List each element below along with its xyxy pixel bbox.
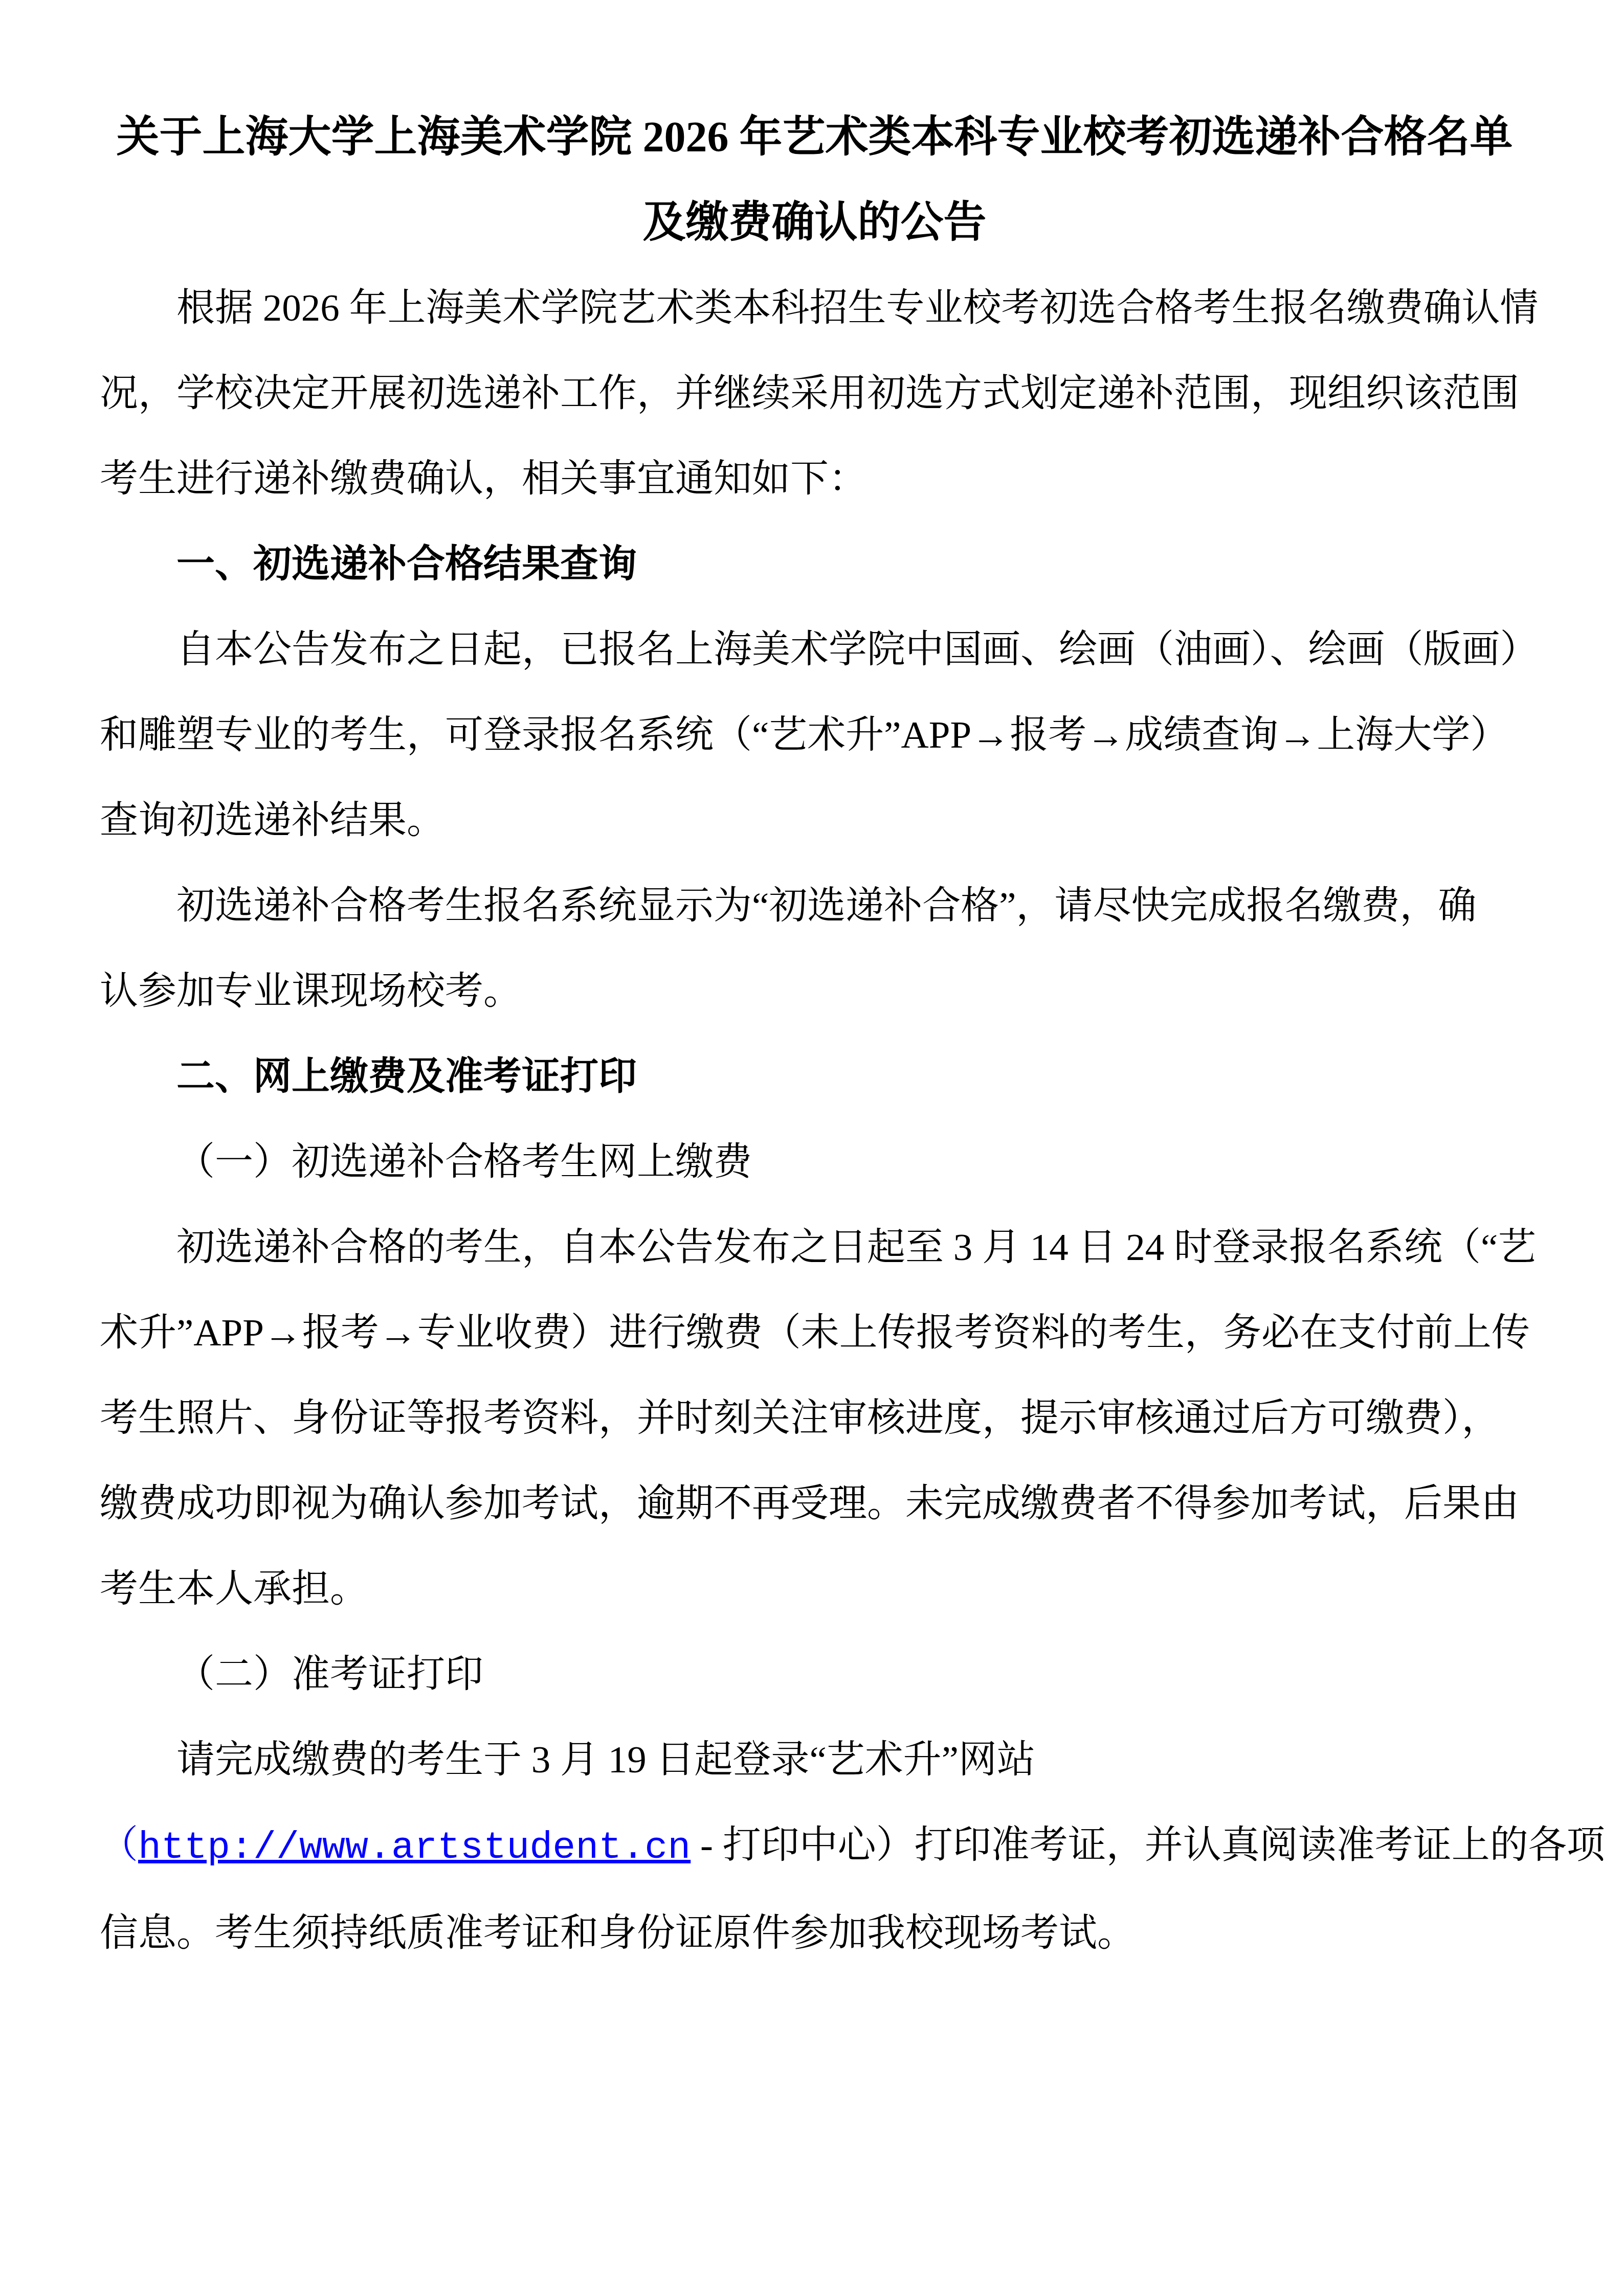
link-line-rest-text: - 打印中心）打印准考证，并认真阅读准考证上的各项: [691, 1824, 1605, 1866]
section2-heading: 二、网上缴费及准考证打印: [100, 1034, 1529, 1119]
intro-paragraph-line-3: 考生进行递补缴费确认，相关事宜通知如下：: [100, 436, 1529, 522]
section2-paragraph2-link-line: （http://www.artstudent.cn - 打印中心）打印准考证，并…: [100, 1803, 1529, 1890]
intro-paragraph-line-1: 根据 2026 年上海美术学院艺术类本科招生专业校考初选合格考生报名缴费确认情: [100, 265, 1529, 351]
section1-paragraph2-line-1: 初选递补合格考生报名系统显示为“初选递补合格”，请尽快完成报名缴费，确: [100, 863, 1529, 949]
section2-paragraph1-line-5: 考生本人承担。: [100, 1546, 1529, 1632]
section1-paragraph2-line-2: 认参加专业课现场校考。: [100, 949, 1529, 1034]
section1-paragraph1-line-1: 自本公告发布之日起，已报名上海美术学院中国画、绘画（油画）、绘画（版画）: [100, 607, 1529, 692]
section2-paragraph2-line-1: 请完成缴费的考生于 3 月 19 日起登录“艺术升”网站: [100, 1717, 1529, 1803]
link-open-paren: （: [100, 1824, 138, 1866]
section1-heading: 一、初选递补合格结果查询: [100, 522, 1529, 607]
section2-paragraph2-line-3: 信息。考生须持纸质准考证和身份证原件参加我校现场考试。: [100, 1890, 1529, 1976]
section1-paragraph1-line-2: 和雕塑专业的考生，可登录报名系统（“艺术升”APP→报考→成绩查询→上海大学）: [100, 692, 1529, 778]
intro-paragraph-line-2: 况，学校决定开展初选递补工作，并继续采用初选方式划定递补范围，现组织该范围: [100, 351, 1529, 436]
section2-subheading-2: （二）准考证打印: [100, 1632, 1529, 1717]
section2-paragraph1-line-4: 缴费成功即视为确认参加考试，逾期不再受理。未完成缴费者不得参加考试，后果由: [100, 1461, 1529, 1546]
announcement-page: 关于上海大学上海美术学院 2026 年艺术类本科专业校考初选递补合格名单 及缴费…: [0, 0, 1624, 2296]
document-title-line-1: 关于上海大学上海美术学院 2026 年艺术类本科专业校考初选递补合格名单: [100, 95, 1529, 180]
section2-paragraph1-line-2: 术升”APP→报考→专业收费）进行缴费（未上传报考资料的考生，务必在支付前上传: [100, 1290, 1529, 1376]
artstudent-website-link[interactable]: http://www.artstudent.cn: [138, 1826, 691, 1870]
section2-subheading-1: （一）初选递补合格考生网上缴费: [100, 1119, 1529, 1205]
document-title-line-2: 及缴费确认的公告: [100, 180, 1529, 265]
section2-paragraph1-line-3: 考生照片、身份证等报考资料，并时刻关注审核进度，提示审核通过后方可缴费），: [100, 1376, 1529, 1461]
section1-paragraph1-line-3: 查询初选递补结果。: [100, 778, 1529, 863]
section2-paragraph1-line-1: 初选递补合格的考生，自本公告发布之日起至 3 月 14 日 24 时登录报名系统…: [100, 1205, 1529, 1290]
document-body: 关于上海大学上海美术学院 2026 年艺术类本科专业校考初选递补合格名单 及缴费…: [0, 0, 1624, 1976]
